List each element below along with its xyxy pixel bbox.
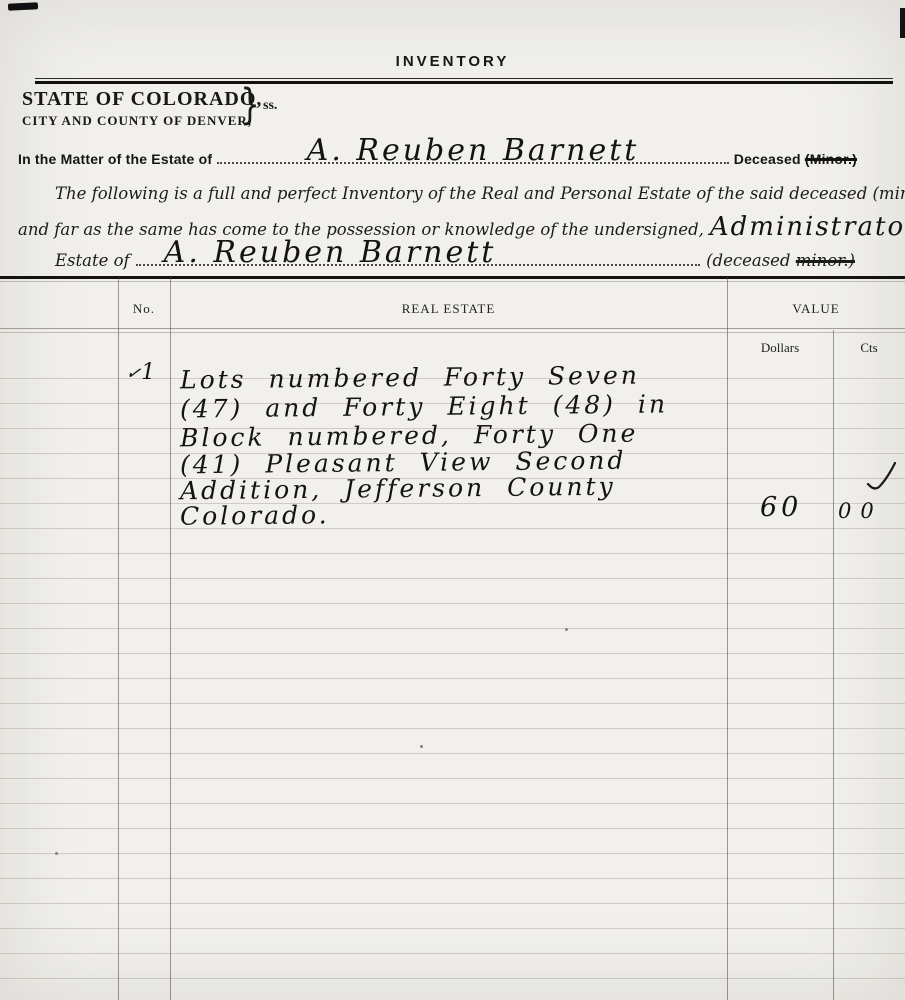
document-title: INVENTORY [0,53,905,70]
entry-description-line: Colorado. [180,500,330,531]
minor-struck-text: (Minor.) [805,151,857,167]
column-line-no-left [118,277,119,1000]
column-line-dollars-cts [833,330,834,1000]
brace-glyph: } [240,80,259,128]
matter-label: In the Matter of the Estate of [18,151,212,167]
column-line-no-right [170,277,171,1000]
estate-name-blank-line: A. Reuben Barnett [136,244,700,266]
value-check-mark-icon [864,460,898,499]
column-header-no: No. [118,301,170,317]
county-line: CITY AND COUNTY OF DENVER, [22,113,262,129]
matter-of-estate-line: In the Matter of the Estate of A. Reuben… [18,142,857,167]
column-header-cents: Cts [833,340,905,356]
entry-description-line: Lots numbered Forty Seven [180,361,640,395]
handwritten-administrator: Administrator [710,212,905,242]
ink-smudge-top-left [8,2,38,11]
double-rule-divider [35,78,893,84]
preamble-line-3: Estate of A. Reuben Barnett (deceased mi… [55,244,855,270]
venue-block: STATE OF COLORADO, CITY AND COUNTY OF DE… [22,88,262,129]
column-header-value: VALUE [727,301,905,317]
handwritten-decedent-name-2: A. Reuben Barnett [164,235,497,270]
document-page: INVENTORY STATE OF COLORADO, CITY AND CO… [0,0,905,1000]
name-blank-line: A. Reuben Barnett [217,142,729,164]
item-number: 1 [141,360,155,385]
entry-value-cents: 00 [838,499,883,523]
ink-smudge-top-right [900,8,905,38]
table-header-separator [0,328,905,333]
column-header-dollars: Dollars [727,340,833,356]
table-top-border-shadow [0,281,905,282]
minor-struck-text-2: minor.) [796,251,855,270]
check-mark-icon: ✓ [125,362,143,385]
deceased-label: Deceased (Minor.) [734,151,857,167]
entry-item-number: ✓1 [126,360,155,385]
column-line-value-left [727,277,728,1000]
column-header-real-estate: REAL ESTATE [170,301,727,317]
handwritten-decedent-name: A. Reuben Barnett [217,133,729,168]
preamble-line-1: The following is a full and perfect Inve… [55,184,905,203]
entry-value-dollars: 60 [760,492,802,523]
ss-abbreviation: ss. [263,98,277,114]
state-line: STATE OF COLORADO, [22,88,262,111]
table-top-border [0,276,905,279]
